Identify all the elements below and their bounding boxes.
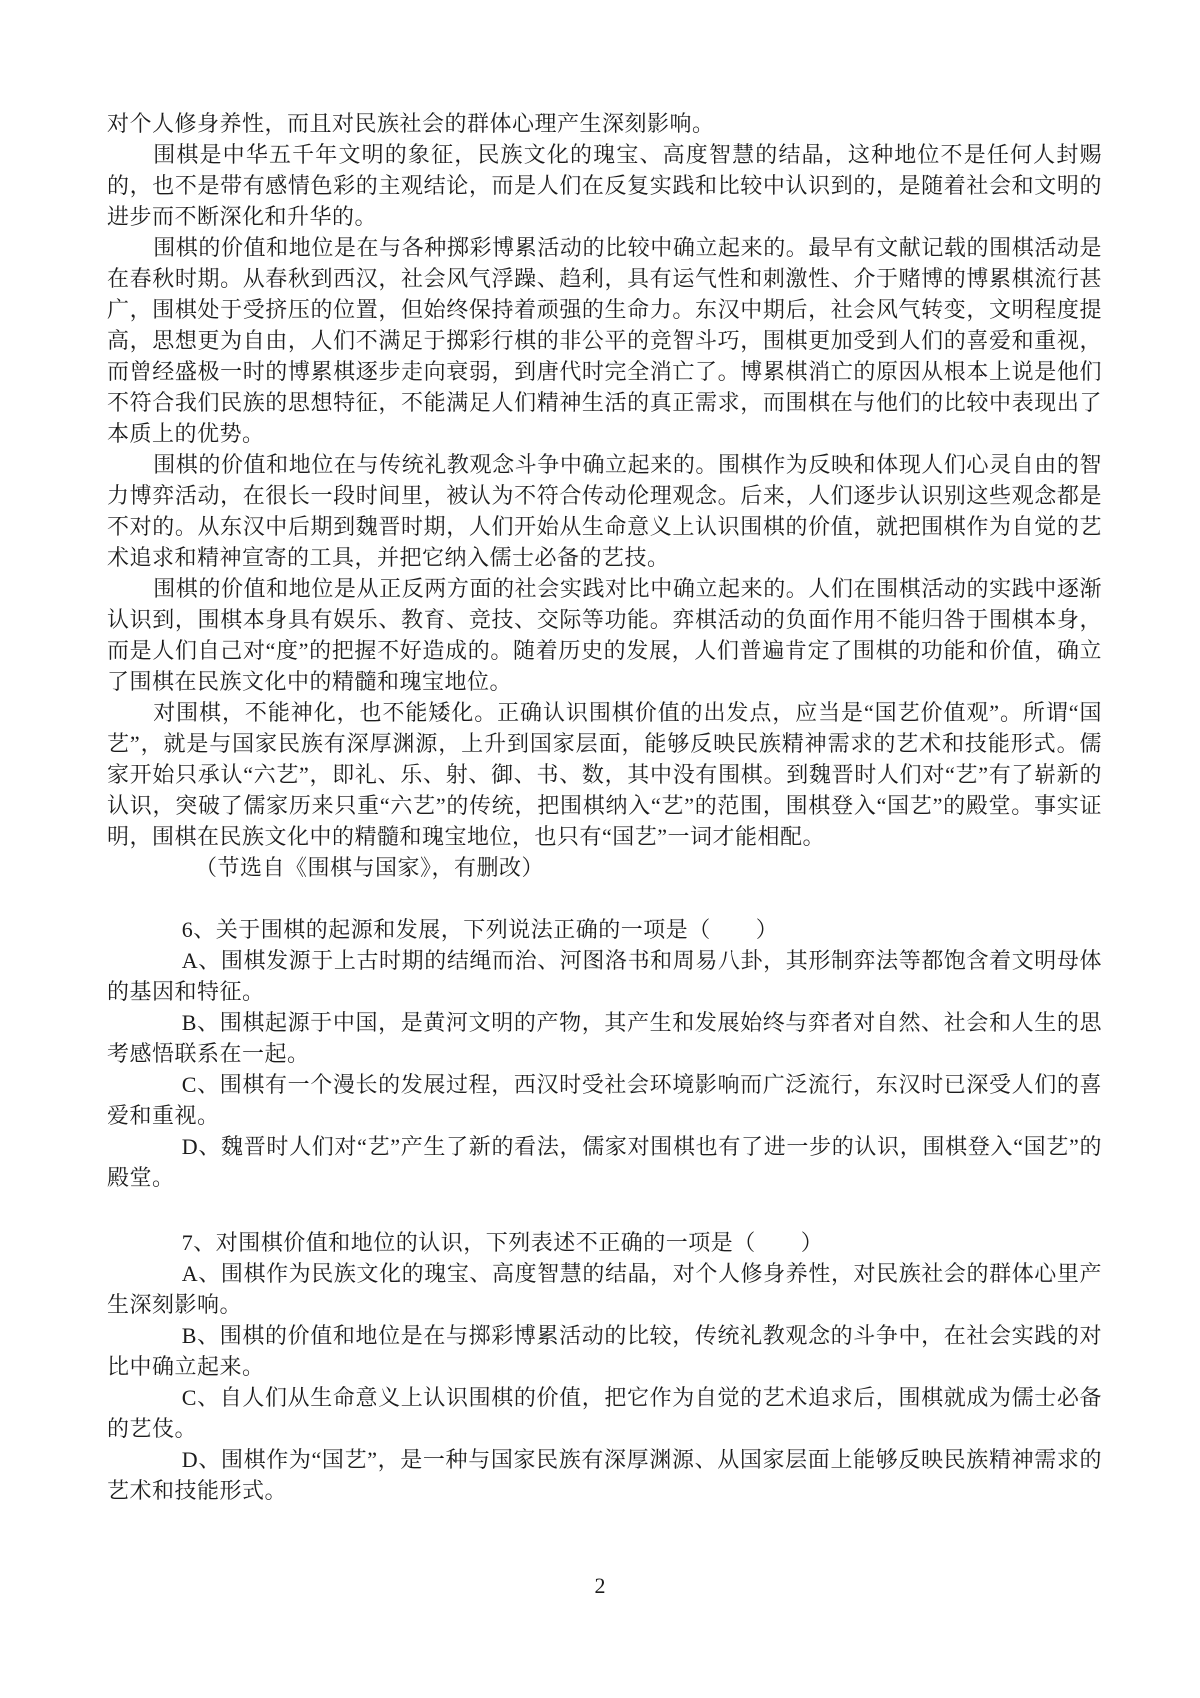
- question-6-option-d: D、魏晋时人们对“艺”产生了新的看法，儒家对围棋也有了进一步的认识，围棋登入“国…: [107, 1131, 1102, 1193]
- question-7-option-c: C、自人们从生命意义上认识围棋的价值，把它作为自觉的艺术追求后，围棋就成为儒士必…: [107, 1382, 1102, 1444]
- document-page: 对个人修身养性，而且对民族社会的群体心理产生深刻影响。 围棋是中华五千年文明的象…: [107, 108, 1102, 1506]
- paragraph: 围棋的价值和地位在与传统礼教观念斗争中确立起来的。围棋作为反映和体现人们心灵自由…: [107, 449, 1102, 573]
- question-7-option-d: D、围棋作为“国艺”，是一种与国家民族有深厚渊源、从国家层面上能够反映民族精神需…: [107, 1444, 1102, 1506]
- paragraph-continuation: 对个人修身养性，而且对民族社会的群体心理产生深刻影响。: [107, 108, 1102, 139]
- blank-line: [107, 883, 1102, 914]
- question-6-option-b: B、围棋起源于中国，是黄河文明的产物，其产生和发展始终与弈者对自然、社会和人生的…: [107, 1007, 1102, 1069]
- question-7-option-a: A、围棋作为民族文化的瑰宝、高度智慧的结晶，对个人修身养性，对民族社会的群体心里…: [107, 1258, 1102, 1320]
- question-6-option-a: A、围棋发源于上古时期的结绳而治、河图洛书和周易八卦，其形制弈法等都饱含着文明母…: [107, 945, 1102, 1007]
- blank-line: [107, 1193, 1102, 1227]
- paragraph: 围棋的价值和地位是在与各种掷彩博累活动的比较中确立起来的。最早有文献记载的围棋活…: [107, 232, 1102, 449]
- question-7-option-b: B、围棋的价值和地位是在与掷彩博累活动的比较，传统礼教观念的斗争中，在社会实践的…: [107, 1320, 1102, 1382]
- question-7-stem: 7、对围棋价值和地位的认识，下列表述不正确的一项是（ ）: [107, 1227, 1102, 1258]
- paragraph: 围棋的价值和地位是从正反两方面的社会实践对比中确立起来的。人们在围棋活动的实践中…: [107, 573, 1102, 697]
- page-number: 2: [0, 1570, 1200, 1601]
- paragraph: 围棋是中华五千年文明的象征，民族文化的瑰宝、高度智慧的结晶，这种地位不是任何人封…: [107, 139, 1102, 232]
- source-attribution: （节选自《围棋与国家》，有删改）: [107, 852, 1102, 883]
- question-6-stem: 6、关于围棋的起源和发展，下列说法正确的一项是（ ）: [107, 914, 1102, 945]
- paragraph: 对围棋，不能神化，也不能矮化。正确认识围棋价值的出发点，应当是“国艺价值观”。所…: [107, 697, 1102, 852]
- question-6-option-c: C、围棋有一个漫长的发展过程，西汉时受社会环境影响而广泛流行，东汉时已深受人们的…: [107, 1069, 1102, 1131]
